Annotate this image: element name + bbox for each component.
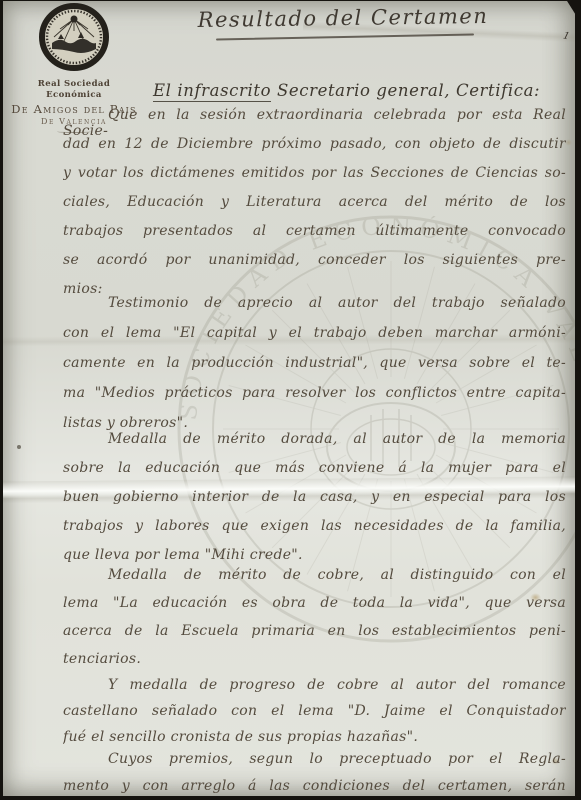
paragraph: Medalla de mérito dorada, al autor de la… <box>63 431 566 576</box>
manuscript-line: sobre la educación que más conviene á la… <box>63 460 566 489</box>
manuscript-line: ciales, Educación y Literatura acerca de… <box>63 194 566 223</box>
manuscript-line: lema "La educación es obra de toda la vi… <box>63 595 566 623</box>
manuscript-line: Que en la sesión extraordinaria celebrad… <box>63 107 566 136</box>
foxing-spot <box>565 139 572 146</box>
manuscript-line: dad en 12 de Diciembre próximo pasado, c… <box>63 136 566 165</box>
manuscript-line: ma "Medios prácticos para resolver los c… <box>63 385 566 415</box>
paragraph: Medalla de mérito de cobre, al distingui… <box>63 567 566 679</box>
ink-speck <box>17 445 21 449</box>
manuscript-line: con el lema "El capital y el trabajo deb… <box>63 325 566 355</box>
manuscript-line: trabajos presentados al certamen últimam… <box>63 223 566 252</box>
manuscript-line: castellano señalado con el lema "D. Jaim… <box>63 703 566 729</box>
paragraph: Y medalla de progreso de cobre al autor … <box>63 677 566 755</box>
manuscript-line: se acordó por unanimidad, conceder los s… <box>63 252 566 281</box>
manuscript-line: acerca de la Escuela primaria en los est… <box>63 623 566 651</box>
manuscript-body: Que en la sesión extraordinaria celebrad… <box>63 1 566 796</box>
manuscript-line: trabajos y labores que exigen las necesi… <box>63 518 566 547</box>
paragraph: Que en la sesión extraordinaria celebrad… <box>63 107 566 310</box>
manuscript-line: buen gobierno interior de la casa, y en … <box>63 489 566 518</box>
paragraph: Cuyos premios, segun lo preceptuado por … <box>63 751 566 796</box>
document-page: SOCIEDAD ECONÓMICA VALENCIANA DE AMIGOS … <box>3 1 575 796</box>
manuscript-line: camente en la producción industrial", qu… <box>63 355 566 385</box>
manuscript-line: Medalla de mérito de cobre, al distingui… <box>63 567 566 595</box>
manuscript-line: Testimonio de aprecio al autor del traba… <box>63 295 566 325</box>
manuscript-line: y votar los dictámenes emitidos por las … <box>63 165 566 194</box>
manuscript-line: mento y con arreglo á las condiciones de… <box>63 778 566 796</box>
paragraph: Testimonio de aprecio al autor del traba… <box>63 295 566 445</box>
manuscript-line: tenciarios. <box>63 651 566 679</box>
manuscript-line: Cuyos premios, segun lo preceptuado por … <box>63 751 566 778</box>
manuscript-line: Y medalla de progreso de cobre al autor … <box>63 677 566 703</box>
manuscript-line: Medalla de mérito dorada, al autor de la… <box>63 431 566 460</box>
